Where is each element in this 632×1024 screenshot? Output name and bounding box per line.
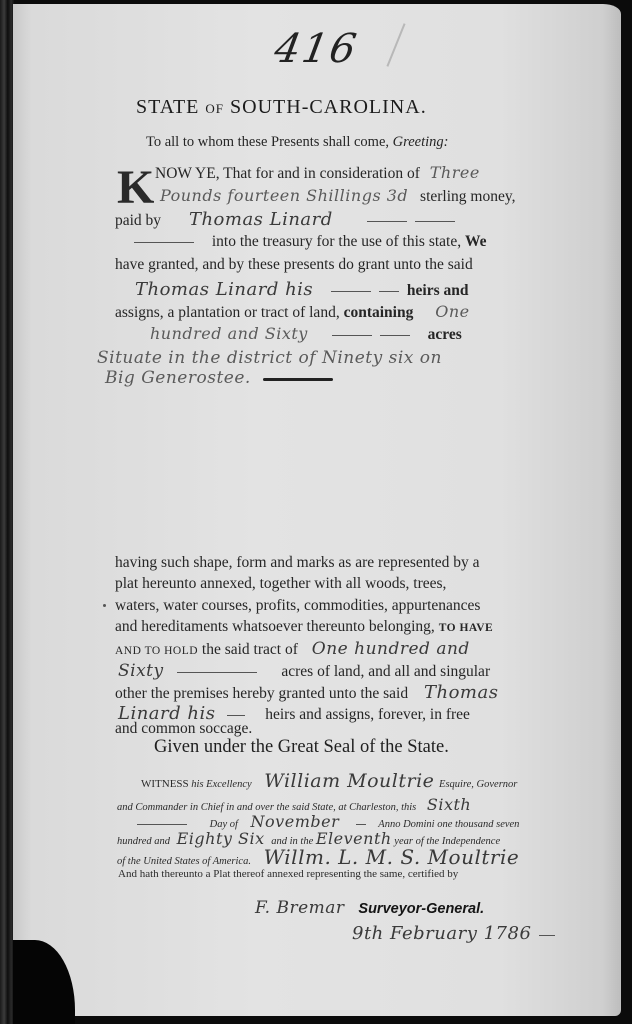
title-state: STATE xyxy=(136,96,199,118)
governor-full-signature-hand: Willm. L. M. S. Moultrie xyxy=(264,845,520,869)
surveyor-signature-hand: F. Bremar xyxy=(255,898,345,918)
tract-hand-2: Sixty xyxy=(118,661,164,681)
body-line-5-text: the said tract of xyxy=(202,641,298,658)
grantee-hand: Thomas Linard his xyxy=(135,279,313,300)
body-line-2: plat hereunto annexed, together with all… xyxy=(115,575,446,593)
witness-label: WITNESS xyxy=(141,778,189,790)
treasury-line: into the treasury for the use of this st… xyxy=(130,233,487,251)
treasury-text: into the treasury for the use of this st… xyxy=(212,233,461,250)
drop-cap: K xyxy=(117,164,154,212)
consideration-hand-2: Pounds fourteen Shillings 3d xyxy=(160,186,408,205)
certification-date-line: 9th February 1786 xyxy=(352,923,559,944)
witness-line-1: WITNESS his Excellency William Moultrie … xyxy=(141,770,517,792)
acres-line: hundred and Sixty acres xyxy=(150,324,462,344)
title-state-name: SOUTH-CAROLINA. xyxy=(230,96,427,118)
his-excellency: his Excellency xyxy=(191,779,251,790)
acres-text: acres xyxy=(428,326,462,343)
greeting-text: To all to whom these Presents shall come… xyxy=(146,134,389,150)
location-hand-1: Situate in the district of Ninety six on xyxy=(97,348,442,368)
consideration-line: Pounds fourteen Shillings 3d sterling mo… xyxy=(160,186,515,206)
witness-line-5: of the United States of America. Willm. … xyxy=(117,845,519,869)
body-line-6-text: acres of land, and all and singular xyxy=(281,663,490,680)
body-line-3: waters, water courses, profits, commodit… xyxy=(115,597,480,615)
heirs-and-text: heirs and xyxy=(407,282,469,299)
assigns-text: assigns, a plantation or tract of land, xyxy=(115,304,340,321)
usa-text: of the United States of America. xyxy=(117,856,251,867)
location-line-2: Big Generostee. xyxy=(105,368,333,388)
grant-intro-line: NOW YE, That for and in consideration of… xyxy=(155,163,480,183)
grantee-line: Thomas Linard his heirs and xyxy=(135,279,469,300)
ink-dot xyxy=(103,604,106,607)
acres-hand-2: hundred and Sixty xyxy=(150,324,308,343)
surveyor-title: Surveyor-General. xyxy=(358,901,484,917)
body-line-8-text: heirs and assigns, forever, in free xyxy=(265,706,470,723)
grant-intro-text: NOW YE, That for and in consideration of xyxy=(155,165,420,182)
body-line-7-text: other the premises hereby granted unto t… xyxy=(115,685,408,702)
greeting-word: Greeting: xyxy=(393,134,449,150)
body-line-9: and common soccage. xyxy=(115,720,252,738)
granted-text: have granted, and by these presents do g… xyxy=(115,256,473,273)
and-to-hold-text: AND TO HOLD xyxy=(115,645,198,657)
tract-hand-1: One hundred and xyxy=(312,639,470,659)
grantee-hand-2a: Thomas xyxy=(424,682,498,703)
paid-by-line: paid by Thomas Linard xyxy=(115,209,459,230)
governor-signature-hand: William Moultrie xyxy=(264,770,434,792)
containing-text: containing xyxy=(344,304,414,321)
title-of: OF xyxy=(205,101,224,116)
location-line-1: Situate in the district of Ninety six on xyxy=(97,348,442,368)
location-hand-2: Big Generostee. xyxy=(105,368,251,388)
granted-line: have granted, and by these presents do g… xyxy=(115,256,473,274)
paid-by-label: paid by xyxy=(115,212,161,229)
esquire-governor: Esquire, Governor xyxy=(439,779,517,790)
body-line-4-text: and hereditaments whatsoever thereunto b… xyxy=(115,618,435,635)
to-have-text: TO HAVE xyxy=(439,622,494,634)
payer-name-hand: Thomas Linard xyxy=(189,209,333,230)
consideration-hand-1: Three xyxy=(430,163,480,182)
body-line-1: having such shape, form and marks as are… xyxy=(115,554,480,572)
sterling-money-text: sterling money, xyxy=(420,188,515,205)
document-title: STATE OF SOUTH-CAROLINA. xyxy=(136,96,427,119)
acres-hand-1: One xyxy=(435,302,469,321)
surveyor-line: F. Bremar Surveyor-General. xyxy=(255,898,484,918)
we-text: We xyxy=(465,233,487,250)
folio-number: 416 xyxy=(271,26,361,72)
body-line-5: AND TO HOLD the said tract of One hundre… xyxy=(115,639,470,659)
body-line-4: and hereditaments whatsoever thereunto b… xyxy=(115,618,493,636)
greeting-line: To all to whom these Presents shall come… xyxy=(146,134,449,151)
certification-date-hand: 9th February 1786 xyxy=(352,923,531,944)
book-binding xyxy=(0,0,14,1024)
body-line-6: Sixty acres of land, and all and singula… xyxy=(118,661,490,681)
seal-line: Given under the Great Seal of the State. xyxy=(154,737,449,758)
body-line-7: other the premises hereby granted unto t… xyxy=(115,682,498,703)
plat-line: And hath thereunto a Plat thereof annexe… xyxy=(118,868,458,880)
assigns-line: assigns, a plantation or tract of land, … xyxy=(115,302,470,322)
